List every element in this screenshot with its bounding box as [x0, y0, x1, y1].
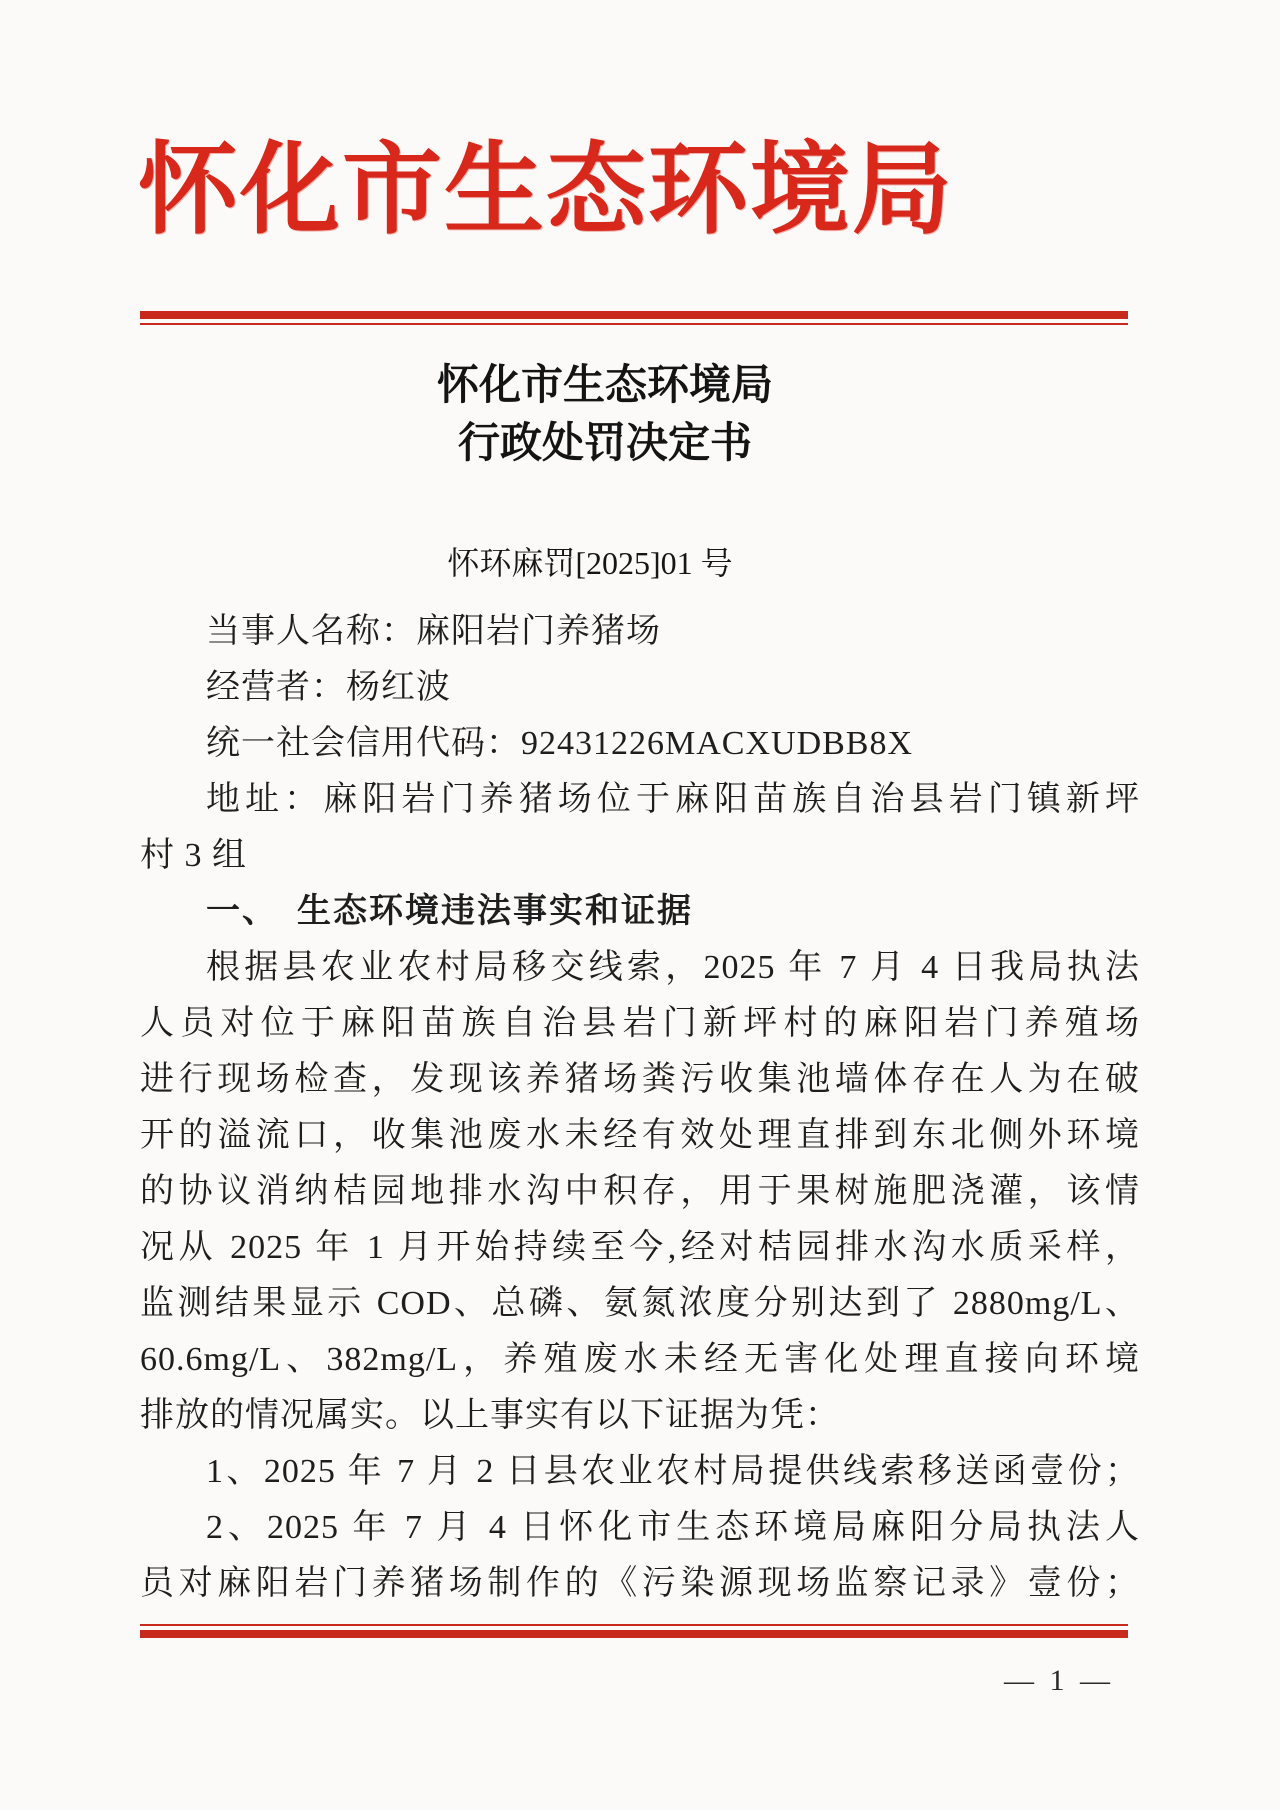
body-line: 开的溢流口，收集池废水未经有效处理直排到东北侧外环境 — [140, 1108, 1140, 1164]
rule-thick-line — [140, 1630, 1128, 1638]
body-line-text: 进行现场检查，发现该养猪场粪污收集池墙体存在人为在破 — [140, 1061, 1140, 1098]
body-line: 况从 2025 年 1 月开始持续至今,经对桔园排水沟水质采样， — [140, 1220, 1140, 1276]
body-line-text: 地址：麻阳岩门养猪场位于麻阳苗族自治县岩门镇新坪 — [206, 781, 1140, 818]
body-line-text: 经营者：杨红波 — [206, 669, 451, 706]
body-line: 2、2025 年 7 月 4 日怀化市生态环境局麻阳分局执法人 — [140, 1500, 1140, 1556]
body-line-text: 2、2025 年 7 月 4 日怀化市生态环境局麻阳分局执法人 — [206, 1509, 1140, 1546]
body-line-text: 的协议消纳桔园地排水沟中积存，用于果树施肥浇灌，该情 — [140, 1173, 1140, 1210]
footer-double-rule — [140, 1624, 1128, 1638]
body-line: 统一社会信用代码：92431226MACXUDBB8X — [140, 716, 1140, 772]
body-line-text: 员对麻阳岩门养猪场制作的《污染源现场监察记录》壹份； — [140, 1565, 1140, 1602]
body-line: 60.6mg/L、382mg/L，养殖废水未经无害化处理直接向环境 — [140, 1332, 1140, 1388]
body-line-text: 一、 生态环境违法事实和证据 — [206, 893, 693, 930]
body-line: 根据县农业农村局移交线索，2025 年 7 月 4 日我局执法 — [140, 940, 1140, 996]
body-line-text: 60.6mg/L、382mg/L，养殖废水未经无害化处理直接向环境 — [140, 1341, 1140, 1378]
body-line: 的协议消纳桔园地排水沟中积存，用于果树施肥浇灌，该情 — [140, 1164, 1140, 1220]
document-number: 怀环麻罚[2025]01 号 — [140, 543, 1040, 583]
body-line: 地址：麻阳岩门养猪场位于麻阳苗族自治县岩门镇新坪 — [140, 772, 1140, 828]
body-line: 员对麻阳岩门养猪场制作的《污染源现场监察记录》壹份； — [140, 1556, 1140, 1612]
body-line: 进行现场检查，发现该养猪场粪污收集池墙体存在人为在破 — [140, 1052, 1140, 1108]
body-line: 1、2025 年 7 月 2 日县农业农村局提供线索移送函壹份； — [140, 1444, 1140, 1500]
body-line-text: 统一社会信用代码：92431226MACXUDBB8X — [206, 725, 913, 762]
letterhead-double-rule — [140, 311, 1128, 325]
document-body: 当事人名称：麻阳岩门养猪场 经营者：杨红波 统一社会信用代码：92431226M… — [140, 604, 1140, 1612]
body-line: 排放的情况属实。以上事实有以下证据为凭： — [140, 1388, 1140, 1444]
penalty-decision-document-page: 怀化市生态环境局 怀化市生态环境局 行政处罚决定书 怀环麻罚[2025]01 号… — [0, 0, 1280, 1810]
body-line: 人员对位于麻阳苗族自治县岩门新坪村的麻阳岩门养殖场 — [140, 996, 1140, 1052]
body-line-text: 人员对位于麻阳苗族自治县岩门新坪村的麻阳岩门养殖场 — [140, 1005, 1140, 1042]
body-line: 监测结果显示 COD、总磷、氨氮浓度分别达到了 2880mg/L、 — [140, 1276, 1140, 1332]
rule-thick-line — [140, 311, 1128, 319]
body-line-text: 当事人名称：麻阳岩门养猪场 — [206, 613, 661, 650]
body-line-text: 村 3 组 — [140, 837, 247, 874]
body-line-text: 1、2025 年 7 月 2 日县农业农村局提供线索移送函壹份； — [206, 1453, 1140, 1490]
body-line-text: 开的溢流口，收集池废水未经有效处理直排到东北侧外环境 — [140, 1117, 1140, 1154]
body-line-text: 监测结果显示 COD、总磷、氨氮浓度分别达到了 2880mg/L、 — [140, 1285, 1140, 1322]
body-line-text: 根据县农业农村局移交线索，2025 年 7 月 4 日我局执法 — [206, 949, 1140, 986]
body-line: 村 3 组 — [140, 828, 1140, 884]
body-line: 经营者：杨红波 — [140, 660, 1140, 716]
agency-letterhead-banner: 怀化市生态环境局 — [138, 133, 954, 248]
document-title-line2: 行政处罚决定书 — [140, 414, 1070, 472]
body-line-text: 排放的情况属实。以上事实有以下证据为凭： — [140, 1397, 840, 1434]
body-line-text: 况从 2025 年 1 月开始持续至今,经对桔园排水沟水质采样， — [140, 1229, 1140, 1266]
document-title-line1: 怀化市生态环境局 — [140, 356, 1070, 414]
rule-thin-line — [140, 323, 1128, 325]
body-line: 当事人名称：麻阳岩门养猪场 — [140, 604, 1140, 660]
body-line: 一、 生态环境违法事实和证据 — [140, 884, 1140, 940]
document-title: 怀化市生态环境局 行政处罚决定书 — [140, 356, 1070, 472]
page-number: — 1 — — [1004, 1664, 1114, 1698]
